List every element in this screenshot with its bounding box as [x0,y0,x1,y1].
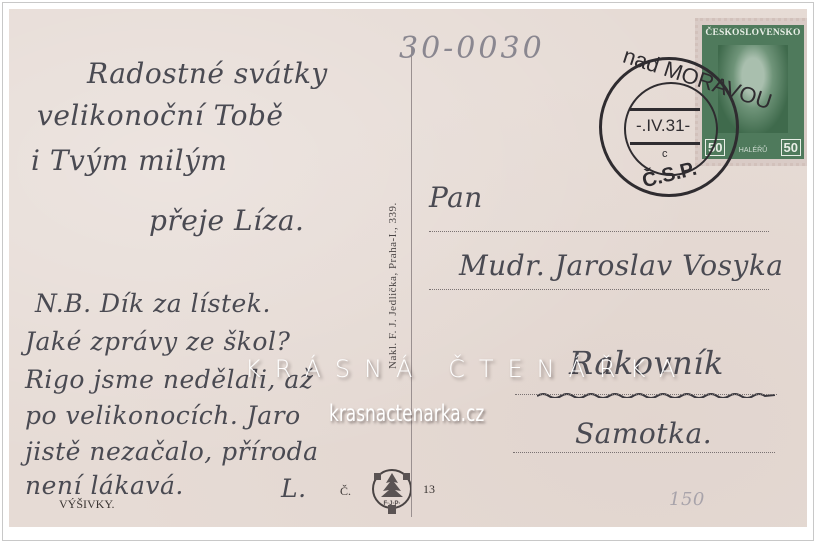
address-line-1 [429,231,769,232]
watermark-url: krasnactenarka.cz [329,401,484,427]
city-underline-icon [537,392,775,398]
series-label: VÝŠIVKY. [59,497,114,512]
address-line-4 [513,452,775,453]
message-line-1: Radostné svátky [87,57,328,90]
postcard: Radostné svátky velikonoční Tobě i Tvým … [9,9,807,527]
card-number-prefix: Č. [340,484,351,499]
message-line-2: velikonoční Tobě [37,99,283,132]
stamp-country: ČESKOSLOVENSKO [702,28,804,38]
postscript-line-4: po velikonocích. Jaro [25,401,301,430]
postscript-line-6: není lákavá. [25,471,184,500]
card-number: 13 [423,482,435,497]
message-line-3: i Tvým milým [31,144,227,177]
reference-number: 30-0030 [399,31,545,66]
postmark: nad MORAVOU -.IV.31- c Č.S.P. [599,57,739,197]
watermark-title: KRÁSNÁ ČTENÁŘKA [245,355,689,383]
address-line-3 [515,394,777,395]
postmark-date: -.IV.31- [636,116,690,136]
publisher-line: Nakl. F. J. Jedlička, Praha-I., 339. [387,202,399,369]
svg-text:F·J·P·: F·J·P· [384,501,401,507]
postmark-letter: c [662,148,668,160]
address-name: Mudr. Jaroslav Vosyka [459,249,784,282]
address-line-2 [429,289,769,290]
signature: L. [281,474,307,503]
address-salutation: Pan [429,181,483,214]
message-line-4: přeje Líza. [149,204,304,237]
postscript-line-1: N.B. Dík za lístek. [35,289,271,318]
stamp-value-right: 50 [781,139,801,156]
publisher-logo-icon: F·J·P· [370,467,414,515]
address-street: Samotka. [575,417,712,450]
postscript-line-2: Jaké zprávy ze škol? [25,327,290,356]
center-divider [411,47,412,517]
postscript-line-5: jistě nezačalo, příroda [25,437,319,466]
pencil-note: 150 [669,489,705,510]
